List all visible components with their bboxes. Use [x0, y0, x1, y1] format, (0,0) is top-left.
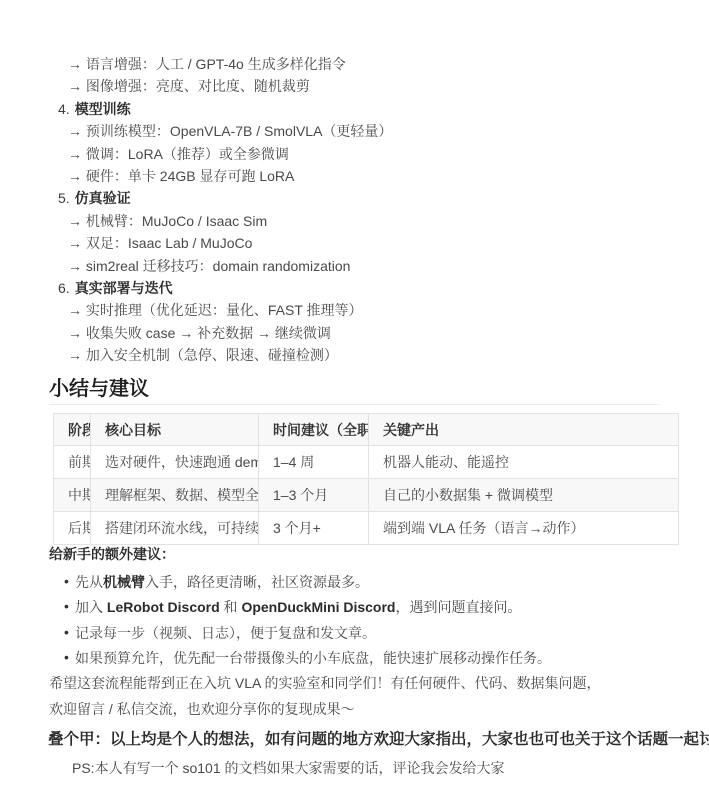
- outline-sub-item: → 硬件：单卡 24GB 显存可跑 LoRA: [0, 165, 392, 187]
- summary-table-cell: 3 个月+: [259, 512, 369, 545]
- outline-item-text: → 语言增强：人工 / GPT-4o 生成多样化指令: [68, 56, 346, 72]
- summary-table-cell: 中期: [54, 479, 91, 512]
- numbered-item-marker: 5.: [58, 190, 70, 206]
- bullet-text-part: ，遇到问题直接问。: [395, 599, 521, 615]
- summary-table-cell: 自己的小数据集 + 微调模型: [369, 479, 679, 512]
- outline-sub-item: → 实时推理（优化延迟：量化、FAST 推理等）: [0, 299, 392, 321]
- outline-numbered-item: 4.模型训练: [0, 98, 392, 120]
- bullet-dot-icon: •: [64, 645, 69, 670]
- summary-table-cell: 选对硬件，快速跑通 demo: [91, 446, 259, 479]
- advice-title: 给新手的额外建议：: [49, 544, 175, 564]
- bullet-text-part-bold: 机械臂: [103, 574, 145, 590]
- outline-sub-item: → 图像增强：亮度、对比度、随机裁剪: [0, 75, 392, 97]
- workflow-outline: → 语言增强：人工 / GPT-4o 生成多样化指令 → 图像增强：亮度、对比度…: [0, 53, 392, 367]
- summary-table-header-cell: 核心目标: [91, 414, 259, 446]
- summary-table-header-row: 阶段 核心目标 时间建议（全职） 关键产出: [54, 414, 679, 446]
- closing-paragraph-line-2: 欢迎留言 / 私信交流，也欢迎分享你的复现成果～: [49, 696, 600, 722]
- numbered-item-marker: 4.: [58, 101, 70, 117]
- outline-item-text: → 机械臂：MuJoCo / Isaac Sim: [68, 213, 267, 229]
- summary-table-cell: 搭建闭环流水线，可持续迭代: [91, 512, 259, 545]
- bullet-text-part: 加入: [75, 599, 107, 615]
- bullet-dot-icon: •: [64, 594, 69, 619]
- summary-table-cell: 前期: [54, 446, 91, 479]
- outline-item-text: → 收集失败 case → 补充数据 → 继续微调: [68, 325, 331, 341]
- bullet-text-part: 记录每一步（视频、日志），便于复盘和发文章。: [75, 625, 376, 641]
- section-heading-summary: 小结与建议: [49, 376, 660, 405]
- bullet-text-part: 入手，路径更清晰，社区资源最多。: [145, 574, 369, 590]
- summary-table-header-cell: 时间建议（全职）: [259, 414, 369, 446]
- outline-item-text: → 硬件：单卡 24GB 显存可跑 LoRA: [68, 168, 294, 184]
- outline-item-text: → sim2real 迁移技巧：domain randomization: [68, 258, 350, 274]
- advice-bullet-list: • 先从机械臂入手，路径更清晰，社区资源最多。 • 加入 LeRobot Dis…: [0, 570, 551, 672]
- outline-sub-item: → 语言增强：人工 / GPT-4o 生成多样化指令: [0, 53, 392, 75]
- numbered-item-title: 仿真验证: [75, 190, 131, 206]
- outline-item-text: → 微调：LoRA（推荐）或全参微调: [68, 146, 289, 162]
- outline-sub-item: → 预训练模型：OpenVLA-7B / SmolVLA（更轻量）: [0, 120, 392, 142]
- outline-sub-item: → 微调：LoRA（推荐）或全参微调: [0, 143, 392, 165]
- summary-table-cell: 理解框架、数据、模型全流程: [91, 479, 259, 512]
- advice-bullet-item: • 加入 LeRobot Discord 和 OpenDuckMini Disc…: [0, 595, 551, 620]
- outline-sub-item: → 双足：Isaac Lab / MuJoCo: [0, 232, 392, 254]
- summary-table-row: 后期 搭建闭环流水线，可持续迭代 3 个月+ 端到端 VLA 任务（语言→动作）: [54, 512, 679, 545]
- bullet-text-part: 和: [220, 599, 242, 615]
- outline-item-text: → 预训练模型：OpenVLA-7B / SmolVLA（更轻量）: [68, 123, 392, 139]
- outline-sub-item: → 加入安全机制（急停、限速、碰撞检测）: [0, 344, 392, 366]
- bullet-text: 记录每一步（视频、日志），便于复盘和发文章。: [75, 625, 376, 641]
- bullet-text: 加入 LeRobot Discord 和 OpenDuckMini Discor…: [75, 599, 521, 615]
- summary-table: 阶段 核心目标 时间建议（全职） 关键产出 前期 选对硬件，快速跑通 demo …: [53, 413, 679, 545]
- summary-table-cell: 1–3 个月: [259, 479, 369, 512]
- bullet-text-part: 先从: [75, 574, 103, 590]
- advice-bullet-item: • 先从机械臂入手，路径更清晰，社区资源最多。: [0, 570, 551, 595]
- bullet-text-part-bold: LeRobot Discord: [107, 599, 220, 615]
- summary-table-cell: 端到端 VLA 任务（语言→动作）: [369, 512, 679, 545]
- outline-sub-item: → 收集失败 case → 补充数据 → 继续微调: [0, 322, 392, 344]
- summary-table-cell: 1–4 周: [259, 446, 369, 479]
- advice-bullet-item: • 如果预算允许，优先配一台带摄像头的小车底盘，能快速扩展移动操作任务。: [0, 646, 551, 671]
- outline-numbered-item: 6.真实部署与迭代: [0, 277, 392, 299]
- outline-sub-item: → 机械臂：MuJoCo / Isaac Sim: [0, 210, 392, 232]
- bullet-text: 如果预算允许，优先配一台带摄像头的小车底盘，能快速扩展移动操作任务。: [75, 650, 551, 666]
- numbered-item-title: 真实部署与迭代: [75, 280, 173, 296]
- outline-item-text: → 实时推理（优化延迟：量化、FAST 推理等）: [68, 302, 363, 318]
- summary-table-cell: 后期: [54, 512, 91, 545]
- outline-item-text: → 图像增强：亮度、对比度、随机裁剪: [68, 78, 310, 94]
- closing-paragraph: 希望这套流程能帮到正在入坑 VLA 的实验室和同学们！有任何硬件、代码、数据集问…: [49, 670, 600, 722]
- summary-table-cell: 机器人能动、能遥控: [369, 446, 679, 479]
- closing-paragraph-line-1: 希望这套流程能帮到正在入坑 VLA 的实验室和同学们！有任何硬件、代码、数据集问…: [49, 670, 600, 696]
- advice-bullet-item: • 记录每一步（视频、日志），便于复盘和发文章。: [0, 621, 551, 646]
- bullet-text-part: 如果预算允许，优先配一台带摄像头的小车底盘，能快速扩展移动操作任务。: [75, 650, 551, 666]
- bullet-text-part-bold: OpenDuckMini Discord: [241, 599, 395, 615]
- bullet-dot-icon: •: [64, 620, 69, 645]
- outline-sub-item: → sim2real 迁移技巧：domain randomization: [0, 255, 392, 277]
- outline-numbered-item: 5.仿真验证: [0, 187, 392, 209]
- numbered-item-title: 模型训练: [75, 101, 131, 117]
- outline-item-text: → 双足：Isaac Lab / MuJoCo: [68, 235, 252, 251]
- summary-table-header-cell: 关键产出: [369, 414, 679, 446]
- bullet-dot-icon: •: [64, 569, 69, 594]
- numbered-item-marker: 6.: [58, 280, 70, 296]
- summary-table-row: 前期 选对硬件，快速跑通 demo 1–4 周 机器人能动、能遥控: [54, 446, 679, 479]
- disclaimer-paragraph: 叠个甲：以上均是个人的想法，如有问题的地方欢迎大家指出，大家也也可也关于这个话题…: [48, 728, 709, 751]
- outline-item-text: → 加入安全机制（急停、限速、碰撞检测）: [68, 347, 338, 363]
- bullet-text: 先从机械臂入手，路径更清晰，社区资源最多。: [75, 574, 369, 590]
- ps-note: PS:本人有写一个 so101 的文档如果大家需要的话，评论我会发给大家: [72, 757, 505, 779]
- summary-table-header-cell: 阶段: [54, 414, 91, 446]
- document-page: → 语言增强：人工 / GPT-4o 生成多样化指令 → 图像增强：亮度、对比度…: [0, 0, 709, 800]
- summary-table-row: 中期 理解框架、数据、模型全流程 1–3 个月 自己的小数据集 + 微调模型: [54, 479, 679, 512]
